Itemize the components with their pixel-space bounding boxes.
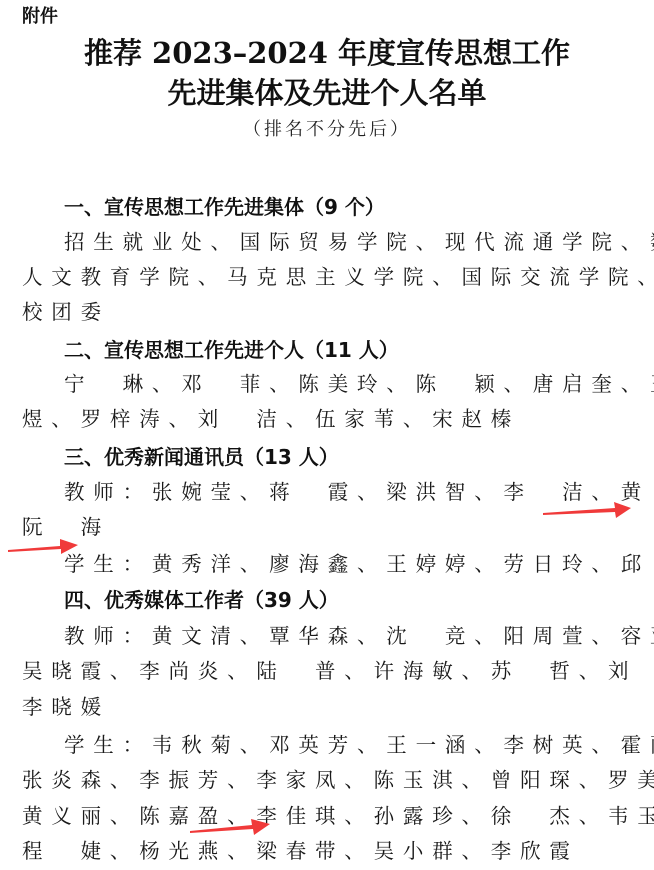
document-title-line1: 推荐 2023–2024 年度宣传思想工作 (0, 39, 654, 68)
list-line: 人文教育学院、马克思主义学院、国际交流学院、创新创业学院、 (22, 267, 654, 288)
section-heading-correspondents: 三、优秀新闻通讯员（13 人） (64, 447, 339, 467)
document-title-line2: 先进集体及先进个人名单 (0, 79, 654, 108)
red-arrow-icon (8, 536, 80, 556)
document-subtitle: （排名不分先后） (0, 121, 654, 139)
list-line: 教师：黄文清、覃华森、沈 竞、阳周萱、容亚宝、黄奕卿、 (64, 626, 654, 647)
list-line: 黄义丽、陈嘉盈、李佳琪、孙露珍、徐 杰、韦玉南、岑夏芬、 (22, 806, 654, 827)
attachment-label: 附件 (22, 8, 58, 26)
list-line: 煜、罗梓涛、刘 洁、伍家苇、宋赵榛 (22, 409, 520, 430)
red-arrow-icon (190, 818, 272, 838)
section-heading-collectives: 一、宣传思想工作先进集体（9 个） (64, 197, 385, 217)
list-line: 校团委 (22, 302, 110, 323)
list-line: 招生就业处、国际贸易学院、现代流通学院、数字艺术学院、 (64, 232, 654, 253)
list-line: 宁 琳、邓 菲、陈美玲、陈 颖、唐启奎、王俞方、戎仕 (64, 374, 654, 395)
section-heading-media-workers: 四、优秀媒体工作者（39 人） (64, 590, 339, 610)
list-line: 阮 海 (22, 517, 110, 538)
red-arrow-icon (543, 500, 633, 520)
list-line: 张炎森、李振芳、李家凤、陈玉淇、曾阳琛、罗美欣、温成英、 (22, 770, 654, 791)
section-heading-individuals: 二、宣传思想工作先进个人（11 人） (64, 340, 399, 360)
list-line: 程 婕、杨光燕、梁春带、吴小群、李欣霞 (22, 841, 579, 862)
list-line: 吴晓霞、李尚炎、陆 普、许海敏、苏 哲、刘 琳、李桃祯、 (22, 661, 654, 682)
list-line: 李晓媛 (22, 697, 110, 718)
list-line: 学生：黄秀洋、廖海鑫、王婷婷、劳日玲、邱 洁、吴宇清 (64, 554, 654, 575)
list-line: 学生：韦秋菊、邓英芳、王一涵、李树英、霍丽敏、梁珈宁、 (64, 735, 654, 756)
